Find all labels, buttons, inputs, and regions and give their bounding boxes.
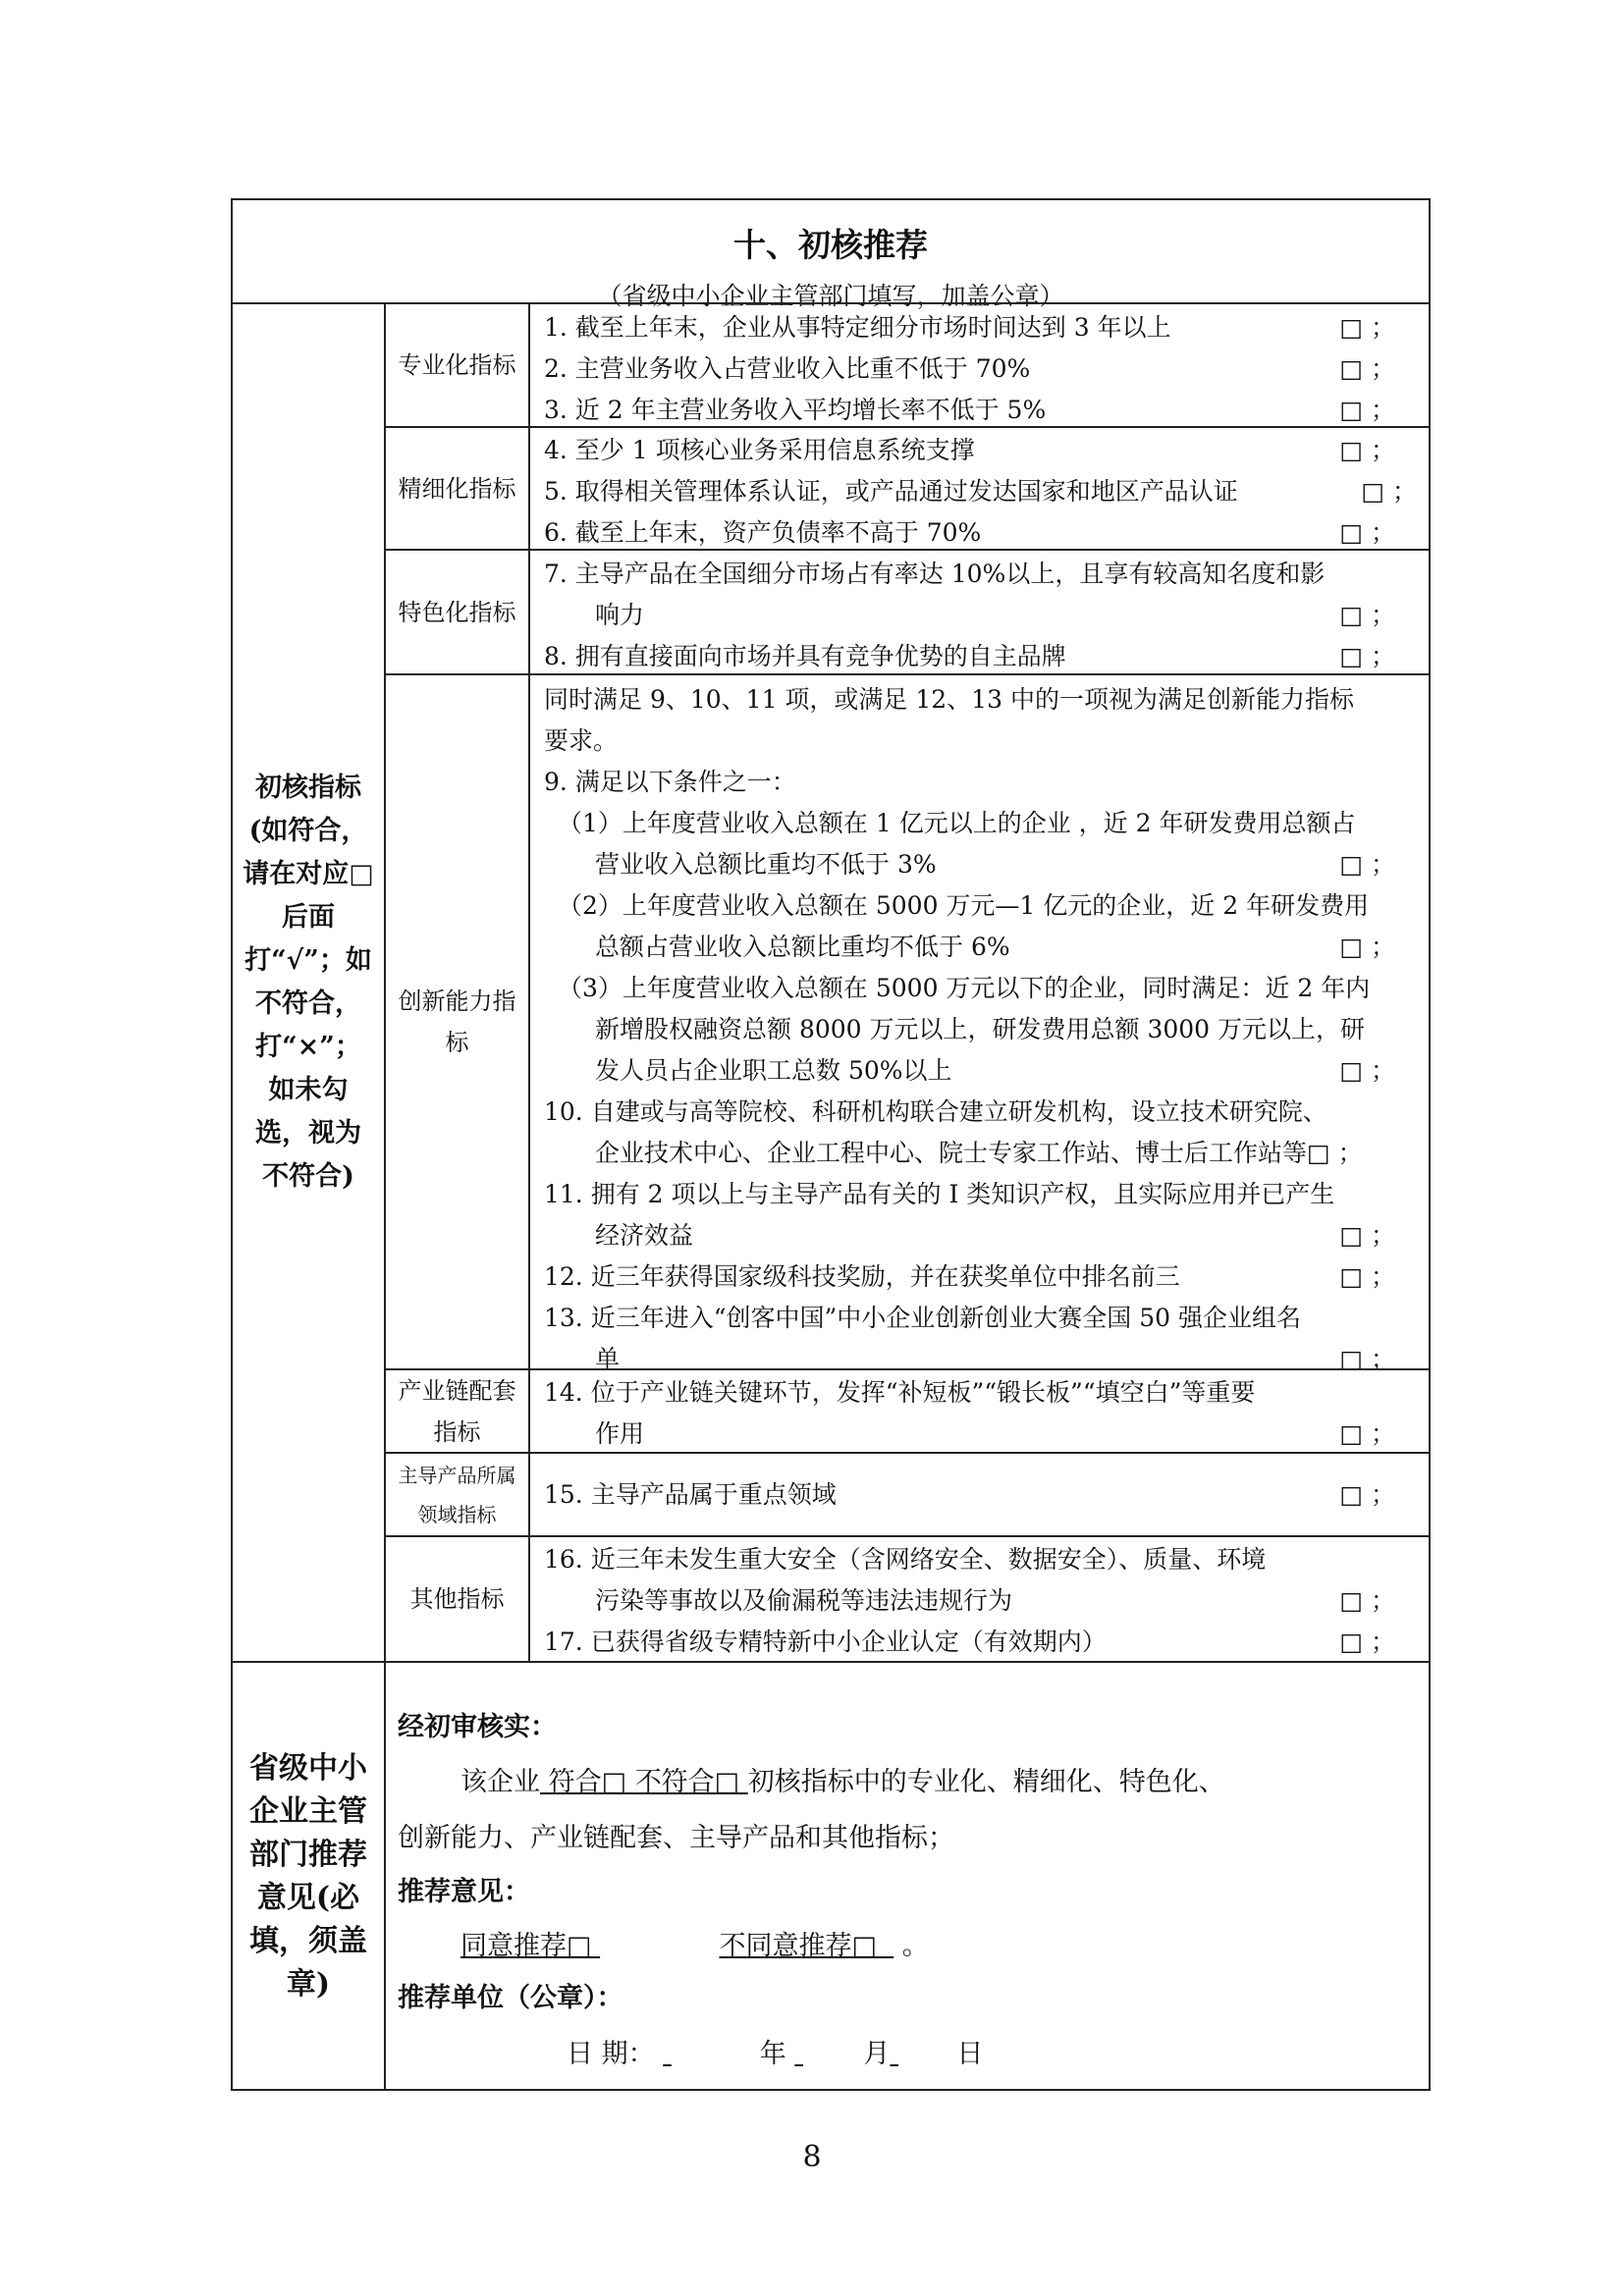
category-other: 其他指标 bbox=[386, 1537, 528, 1661]
item-text: 7. 主导产品在全国细分市场占有率达 10%以上，且享有较高知名度和影 bbox=[544, 560, 1325, 588]
item-text: 9. 满足以下条件之一： bbox=[544, 768, 796, 796]
checkbox-11[interactable]: □ ； bbox=[1339, 1215, 1395, 1256]
item-text: （2）上年度营业收入总额在 5000 万元—1 亿元的企业，近 2 年研发费用 bbox=[558, 891, 1369, 920]
day-label: 日 bbox=[956, 2039, 983, 2069]
items-industry-chain: 14. 位于产业链关键环节，发挥“补短板”“锻长板”“填空白”等重要 作用□ ； bbox=[530, 1372, 1431, 1455]
item-text: 5. 取得相关管理体系认证，或产品通过发达国家和地区产品认证 bbox=[544, 477, 1238, 506]
verify-line2: 创新能力、产业链配套、主导产品和其他指标； bbox=[398, 1816, 954, 1854]
item-text: （3）上年度营业收入总额在 5000 万元以下的企业，同时满足：近 2 年内 bbox=[558, 974, 1370, 1002]
item-text: 经济效益 bbox=[595, 1221, 693, 1250]
checkbox-12[interactable]: □ ； bbox=[1339, 1256, 1395, 1298]
day-field[interactable] bbox=[890, 2039, 956, 2069]
checkbox-10[interactable]: 企业技术中心、企业工程中心、院士专家工作站、博士后工作站等□ ； bbox=[595, 1139, 1363, 1167]
item-text: 作用 bbox=[595, 1419, 644, 1448]
verify-prefix: 该企业 bbox=[460, 1767, 540, 1797]
category-specialization: 专业化指标 bbox=[386, 304, 528, 426]
unit-label: 推荐单位（公章）： bbox=[398, 1976, 623, 2014]
checkbox-1[interactable]: □ ； bbox=[1339, 307, 1395, 348]
checkbox-9-2[interactable]: □ ； bbox=[1339, 927, 1395, 968]
year-label: 年 bbox=[760, 2039, 786, 2069]
checkbox-7[interactable]: □ ； bbox=[1339, 595, 1395, 636]
month-label: 月 bbox=[863, 2039, 890, 2069]
item-text: 12. 近三年获得国家级科技奖励，并在获奖单位中排名前三 bbox=[544, 1262, 1180, 1291]
agree-option[interactable]: 同意推荐□ bbox=[460, 1931, 592, 1961]
category-refinement: 精细化指标 bbox=[386, 428, 528, 549]
checkbox-14[interactable]: □ ； bbox=[1339, 1414, 1395, 1455]
items-innovation: 同时满足 9、10、11 项，或满足 12、13 中的一项视为满足创新能力指标 … bbox=[530, 679, 1431, 1380]
item-text: 1. 截至上年末，企业从事特定细分市场时间达到 3 年以上 bbox=[544, 313, 1171, 342]
items-specialization: 1. 截至上年末，企业从事特定细分市场时间达到 3 年以上□ ； 2. 主营业务… bbox=[530, 307, 1431, 431]
initial-check-label: 初核指标(如符合，请在对应□ 后面打“√”；如不符合，打“×”；如未勾选，视为不… bbox=[233, 304, 384, 1661]
checkbox-15[interactable]: □ ； bbox=[1339, 1474, 1395, 1516]
item-text: 营业收入总额比重均不低于 3% bbox=[595, 850, 937, 879]
checkbox-2[interactable]: □ ； bbox=[1339, 348, 1395, 390]
month-field[interactable] bbox=[794, 2039, 863, 2069]
item-text: 3. 近 2 年主营业务收入平均增长率不低于 5% bbox=[544, 396, 1046, 424]
items-product-domain: 15. 主导产品属于重点领域□ ； bbox=[530, 1474, 1431, 1516]
item-text: 10. 自建或与高等院校、科研机构联合建立研发机构，设立技术研究院、 bbox=[544, 1097, 1327, 1126]
items-characteristic: 7. 主导产品在全国细分市场占有率达 10%以上，且享有较高知名度和影 响力□ … bbox=[530, 554, 1431, 677]
date-label: 日 期： bbox=[567, 2039, 655, 2069]
item-text: 16. 近三年未发生重大安全（含网络安全、数据安全）、质量、环境 bbox=[544, 1545, 1266, 1574]
category-industry-chain: 产业链配套指标 bbox=[386, 1370, 528, 1452]
item-text: 响力 bbox=[595, 601, 644, 629]
item-text: 新增股权融资总额 8000 万元以上，研发费用总额 3000 万元以上，研 bbox=[595, 1015, 1365, 1043]
item-text: 污染等事故以及偷漏税等违法违规行为 bbox=[595, 1586, 1012, 1615]
item-text: （1）上年度营业收入总额在 1 亿元以上的企业 ，近 2 年研发费用总额占 bbox=[558, 809, 1355, 837]
section-title: 十、初核推荐 bbox=[233, 220, 1429, 266]
item-text: 13. 近三年进入“创客中国”中小企业创新创业大赛全国 50 强企业组名 bbox=[544, 1304, 1301, 1332]
checkbox-6[interactable]: □ ； bbox=[1339, 512, 1395, 554]
item-text: 15. 主导产品属于重点领域 bbox=[544, 1480, 837, 1509]
verify-suffix: 初核指标中的专业化、精细化、特色化、 bbox=[748, 1767, 1225, 1797]
checkbox-3[interactable]: □ ； bbox=[1339, 390, 1395, 431]
item-text: 单 bbox=[595, 1345, 620, 1373]
item-text: 11. 拥有 2 项以上与主导产品有关的 I 类知识产权，且实际应用并已产生 bbox=[544, 1180, 1334, 1208]
items-refinement: 4. 至少 1 项核心业务采用信息系统支撑□ ； 5. 取得相关管理体系认证，或… bbox=[530, 430, 1431, 554]
checkbox-5[interactable]: □ ； bbox=[1361, 471, 1417, 512]
checkbox-9-1[interactable]: □ ； bbox=[1339, 844, 1395, 885]
category-innovation: 创新能力指标 bbox=[386, 675, 528, 1368]
item-text: 14. 位于产业链关键环节，发挥“补短板”“锻长板”“填空白”等重要 bbox=[544, 1378, 1255, 1407]
item-text: 2. 主营业务收入占营业收入比重不低于 70% bbox=[544, 354, 1030, 383]
item-text: 6. 截至上年末，资产负债率不高于 70% bbox=[544, 518, 981, 547]
verify-heading: 经初审核实： bbox=[398, 1705, 557, 1743]
category-characteristic: 特色化指标 bbox=[386, 551, 528, 673]
opinion-label: 省级中小企业主管部门推荐意见(必填，须盖章) bbox=[233, 1663, 384, 2091]
item-text: 17. 已获得省级专精特新中小企业认定（有效期内） bbox=[544, 1628, 1107, 1656]
category-product-domain: 主导产品所属领域指标 bbox=[386, 1454, 528, 1535]
checkbox-9-3[interactable]: □ ； bbox=[1339, 1050, 1395, 1092]
disagree-option[interactable]: 不同意推荐□ bbox=[720, 1931, 878, 1961]
item-text: 4. 至少 1 项核心业务采用信息系统支撑 bbox=[544, 436, 975, 464]
checkbox-16[interactable]: □ ； bbox=[1339, 1580, 1395, 1622]
divider bbox=[385, 1535, 1431, 1537]
item-text: 8. 拥有直接面向市场并具有竞争优势的自主品牌 bbox=[544, 642, 1066, 670]
item-text: 总额占营业收入总额比重均不低于 6% bbox=[595, 933, 1010, 961]
item-text: 发人员占企业职工总数 50%以上 bbox=[595, 1056, 952, 1085]
checkbox-4[interactable]: □ ； bbox=[1339, 430, 1395, 471]
comply-option[interactable]: 符合□ bbox=[540, 1767, 635, 1797]
year-field[interactable] bbox=[663, 2039, 751, 2069]
item-text: 要求。 bbox=[544, 726, 618, 755]
page-number: 8 bbox=[0, 2140, 1624, 2174]
checkbox-17[interactable]: □ ； bbox=[1339, 1622, 1395, 1663]
items-other: 16. 近三年未发生重大安全（含网络安全、数据安全）、质量、环境 污染等事故以及… bbox=[530, 1539, 1431, 1663]
not-comply-option[interactable]: 不符合□ bbox=[635, 1767, 748, 1797]
period: 。 bbox=[893, 1931, 929, 1961]
checkbox-8[interactable]: □ ； bbox=[1339, 636, 1395, 677]
item-text: 同时满足 9、10、11 项，或满足 12、13 中的一项视为满足创新能力指标 bbox=[544, 685, 1354, 714]
recommend-heading: 推荐意见： bbox=[398, 1870, 530, 1908]
